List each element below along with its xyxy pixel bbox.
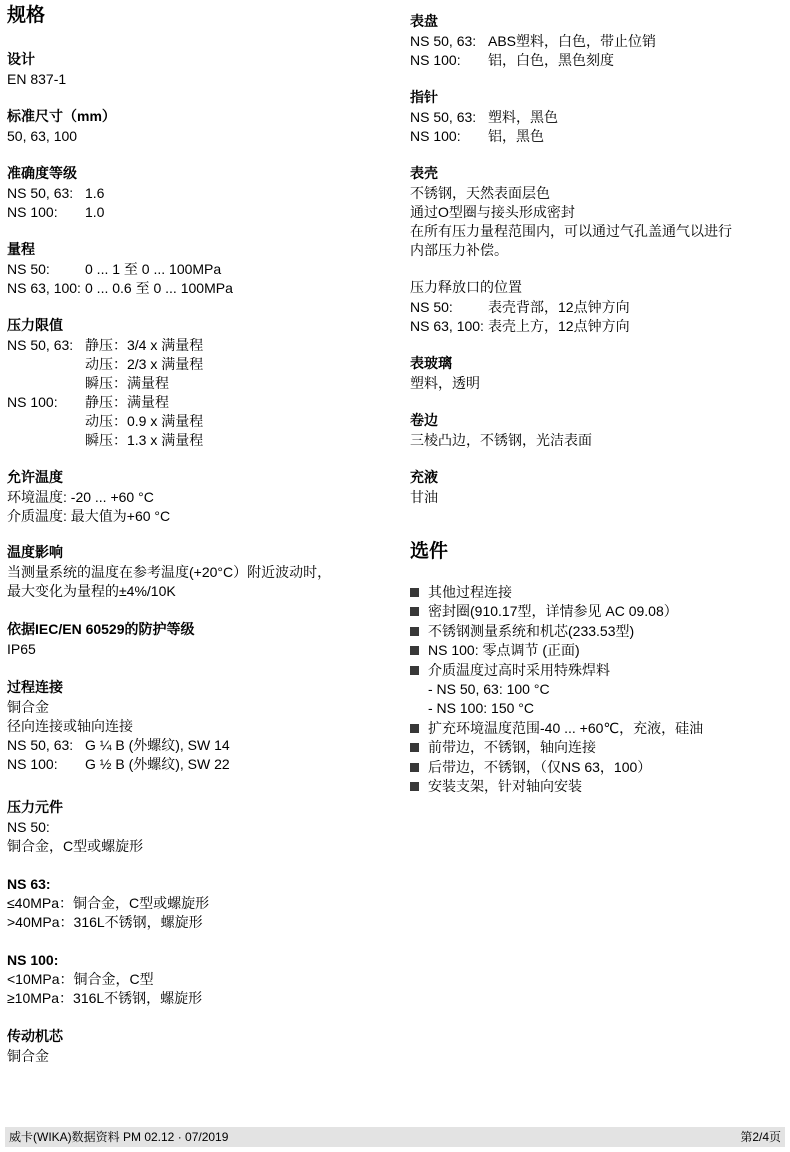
section-title-window: 表玻璃: [410, 354, 786, 373]
design-body: EN 837-1: [7, 70, 403, 89]
row-value: 铝，白色，黑色刻度: [488, 51, 786, 70]
case-line: 不锈钢，天然表面层色: [410, 184, 786, 203]
row-value: 1.6: [85, 184, 403, 203]
pressure-element-ns100-line: <10MPa：铜合金，C型: [7, 970, 403, 989]
process-connection-row: NS 100: G ½ B (外螺纹), SW 22: [7, 755, 403, 774]
row-value: 表壳背部，12点钟方向: [488, 298, 786, 317]
section-title-pressure-element: 压力元件: [7, 798, 403, 817]
page-footer: 威卡(WIKA)数据资料 PM 02.12 · 07/2019 第2/4页: [5, 1127, 785, 1147]
specifications-title: 规格: [7, 4, 403, 28]
option-item: 密封圈(910.17型，详情参见 AC 09.08）: [410, 602, 786, 621]
option-item: 后带边，不锈钢，（仅NS 63，100）: [410, 758, 786, 777]
row-value: G ¼ B (外螺纹), SW 14: [85, 736, 403, 755]
filling-body: 甘油: [410, 488, 786, 507]
bullet-square-icon: [410, 666, 419, 675]
range-row: NS 63, 100: 0 ... 0.6 至 0 ... 100MPa: [7, 279, 403, 298]
section-title-design: 设计: [7, 50, 403, 69]
row-label: NS 50, 63:: [410, 32, 488, 51]
row-label: [7, 355, 85, 374]
bullet-square-icon: [410, 646, 419, 655]
pointer-row: NS 100: 铝，黑色: [410, 127, 786, 146]
option-sub-text: - NS 50, 63: 100 °C: [428, 681, 550, 697]
row-label: NS 63, 100:: [7, 279, 85, 298]
option-item: NS 100: 零点调节 (正面): [410, 641, 786, 660]
temperature-effect-line: 最大变化为量程的±4%/10K: [7, 582, 403, 601]
row-value: 静压：3/4 x 满量程: [85, 336, 403, 355]
option-text: 其他过程连接: [428, 584, 512, 600]
section-title-bezel: 卷边: [410, 411, 786, 430]
process-connection-row: NS 50, 63: G ¼ B (外螺纹), SW 14: [7, 736, 403, 755]
pressure-relief-row: NS 63, 100: 表壳上方，12点钟方向: [410, 317, 786, 336]
pressure-limit-row: 瞬压：满量程: [7, 374, 403, 393]
range-row: NS 50: 0 ... 1 至 0 ... 100MPa: [7, 260, 403, 279]
option-item: 介质温度过高时采用特殊焊料: [410, 661, 786, 680]
row-value: 瞬压：满量程: [85, 374, 403, 393]
option-item: 其他过程连接: [410, 583, 786, 602]
bullet-square-icon: [410, 763, 419, 772]
section-title-filling: 充液: [410, 468, 786, 487]
temperature-line: 介质温度: 最大值为+60 °C: [7, 507, 403, 526]
row-label: NS 100:: [7, 393, 85, 412]
option-text: 不锈钢测量系统和机芯(233.53型): [428, 623, 634, 639]
row-label: [7, 374, 85, 393]
section-title-temperature: 允许温度: [7, 468, 403, 487]
option-item: 不锈钢测量系统和机芯(233.53型): [410, 622, 786, 641]
row-value: 动压：0.9 x 满量程: [85, 412, 403, 431]
option-text: 后带边，不锈钢，（仅NS 63，100）: [428, 759, 651, 775]
options-list: 其他过程连接 密封圈(910.17型，详情参见 AC 09.08） 不锈钢测量系…: [410, 583, 786, 796]
dial-row: NS 50, 63: ABS塑料，白色，带止位销: [410, 32, 786, 51]
section-title-accuracy: 准确度等级: [7, 164, 403, 183]
bullet-square-icon: [410, 588, 419, 597]
bullet-square-icon: [410, 627, 419, 636]
pressure-element-ns50-label: NS 50:: [7, 818, 403, 837]
pressure-limit-row: NS 100: 静压：满量程: [7, 393, 403, 412]
process-connection-line: 径向连接或轴向连接: [7, 717, 403, 736]
accuracy-row: NS 50, 63: 1.6: [7, 184, 403, 203]
right-column: 表盘 NS 50, 63: ABS塑料，白色，带止位销 NS 100: 铝，白色…: [410, 0, 786, 796]
option-text: 扩充环境温度范围-40 ... +60℃，充液，硅油: [428, 720, 703, 736]
row-label: NS 50, 63:: [7, 336, 85, 355]
row-label: NS 100:: [7, 203, 85, 222]
case-line: 内部压力补偿。: [410, 241, 786, 260]
option-item: 前带边，不锈钢，轴向连接: [410, 738, 786, 757]
temperature-effect-line: 当测量系统的温度在参考温度(+20°C）附近波动时，: [7, 563, 403, 582]
row-label: NS 50:: [410, 298, 488, 317]
bullet-square-icon: [410, 607, 419, 616]
bullet-square-icon: [410, 724, 419, 733]
row-value: ABS塑料，白色，带止位销: [488, 32, 786, 51]
section-title-process-connection: 过程连接: [7, 678, 403, 697]
option-text: 密封圈(910.17型，详情参见 AC 09.08）: [428, 603, 678, 619]
row-value: G ½ B (外螺纹), SW 22: [85, 755, 403, 774]
row-label: [7, 412, 85, 431]
option-text: NS 100: 零点调节 (正面): [428, 642, 580, 658]
window-body: 塑料，透明: [410, 374, 786, 393]
bezel-body: 三棱凸边，不锈钢，光洁表面: [410, 431, 786, 450]
row-label: [7, 431, 85, 450]
ingress-protection-body: IP65: [7, 640, 403, 659]
option-sub-line: - NS 50, 63: 100 °C: [410, 680, 786, 699]
pressure-element-ns50-line: 铜合金，C型或螺旋形: [7, 837, 403, 856]
bullet-square-icon: [410, 782, 419, 791]
left-column: 规格 设计 EN 837-1 标准尺寸（mm） 50, 63, 100 准确度等…: [7, 0, 403, 1066]
temperature-line: 环境温度: -20 ... +60 °C: [7, 488, 403, 507]
row-label: NS 63, 100:: [410, 317, 488, 336]
section-title-case: 表壳: [410, 164, 786, 183]
pressure-limit-row: NS 50, 63: 静压：3/4 x 满量程: [7, 336, 403, 355]
footer-page-number: 第2/4页: [740, 1127, 781, 1147]
option-item: 安装支架，针对轴向安装: [410, 777, 786, 796]
row-value: 瞬压：1.3 x 满量程: [85, 431, 403, 450]
case-line: 在所有压力量程范围内，可以通过气孔盖通气以进行: [410, 222, 786, 241]
option-sub-text: - NS 100: 150 °C: [428, 700, 534, 716]
option-text: 前带边，不锈钢，轴向连接: [428, 739, 596, 755]
section-title-dial: 表盘: [410, 12, 786, 31]
pressure-relief-title: 压力释放口的位置: [410, 278, 786, 297]
movement-body: 铜合金: [7, 1047, 403, 1066]
section-title-pointer: 指针: [410, 88, 786, 107]
row-value: 表壳上方，12点钟方向: [488, 317, 786, 336]
section-title-pressure-limit: 压力限值: [7, 316, 403, 335]
row-value: 0 ... 0.6 至 0 ... 100MPa: [85, 279, 403, 298]
option-sub-line: - NS 100: 150 °C: [410, 699, 786, 718]
pressure-limit-row: 动压：2/3 x 满量程: [7, 355, 403, 374]
row-value: 动压：2/3 x 满量程: [85, 355, 403, 374]
accuracy-row: NS 100: 1.0: [7, 203, 403, 222]
pointer-row: NS 50, 63: 塑料，黑色: [410, 108, 786, 127]
row-label: NS 50, 63:: [7, 184, 85, 203]
pressure-limit-row: 动压：0.9 x 满量程: [7, 412, 403, 431]
row-value: 1.0: [85, 203, 403, 222]
row-value: 铝，黑色: [488, 127, 786, 146]
pressure-element-ns63-label: NS 63:: [7, 875, 403, 894]
dial-row: NS 100: 铝，白色，黑色刻度: [410, 51, 786, 70]
option-item: 扩充环境温度范围-40 ... +60℃，充液，硅油: [410, 719, 786, 738]
pressure-element-ns100-label: NS 100:: [7, 951, 403, 970]
footer-datasheet-info: 威卡(WIKA)数据资料 PM 02.12 · 07/2019: [9, 1127, 228, 1147]
pressure-limit-row: 瞬压：1.3 x 满量程: [7, 431, 403, 450]
options-title: 选件: [410, 540, 786, 564]
pressure-element-ns63-line: ≤40MPa：铜合金，C型或螺旋形: [7, 894, 403, 913]
row-label: NS 100:: [410, 127, 488, 146]
row-label: NS 50:: [7, 260, 85, 279]
pressure-element-ns100-line: ≥10MPa：316L不锈钢，螺旋形: [7, 989, 403, 1008]
bullet-square-icon: [410, 743, 419, 752]
pressure-relief-row: NS 50: 表壳背部，12点钟方向: [410, 298, 786, 317]
row-value: 塑料，黑色: [488, 108, 786, 127]
case-line: 通过O型圈与接头形成密封: [410, 203, 786, 222]
row-label: NS 50, 63:: [410, 108, 488, 127]
section-title-range: 量程: [7, 240, 403, 259]
option-text: 介质温度过高时采用特殊焊料: [428, 662, 610, 678]
section-title-ingress-protection: 依据IEC/EN 60529的防护等级: [7, 620, 403, 639]
section-title-dimensions: 标准尺寸（mm）: [7, 107, 403, 126]
process-connection-line: 铜合金: [7, 698, 403, 717]
row-label: NS 100:: [7, 755, 85, 774]
row-label: NS 100:: [410, 51, 488, 70]
dimensions-body: 50, 63, 100: [7, 127, 403, 146]
section-title-movement: 传动机芯: [7, 1027, 403, 1046]
pressure-element-ns63-line: >40MPa：316L不锈钢，螺旋形: [7, 913, 403, 932]
option-text: 安装支架，针对轴向安装: [428, 778, 582, 794]
row-value: 静压：满量程: [85, 393, 403, 412]
row-label: NS 50, 63:: [7, 736, 85, 755]
section-title-temperature-effect: 温度影响: [7, 543, 403, 562]
row-value: 0 ... 1 至 0 ... 100MPa: [85, 260, 403, 279]
